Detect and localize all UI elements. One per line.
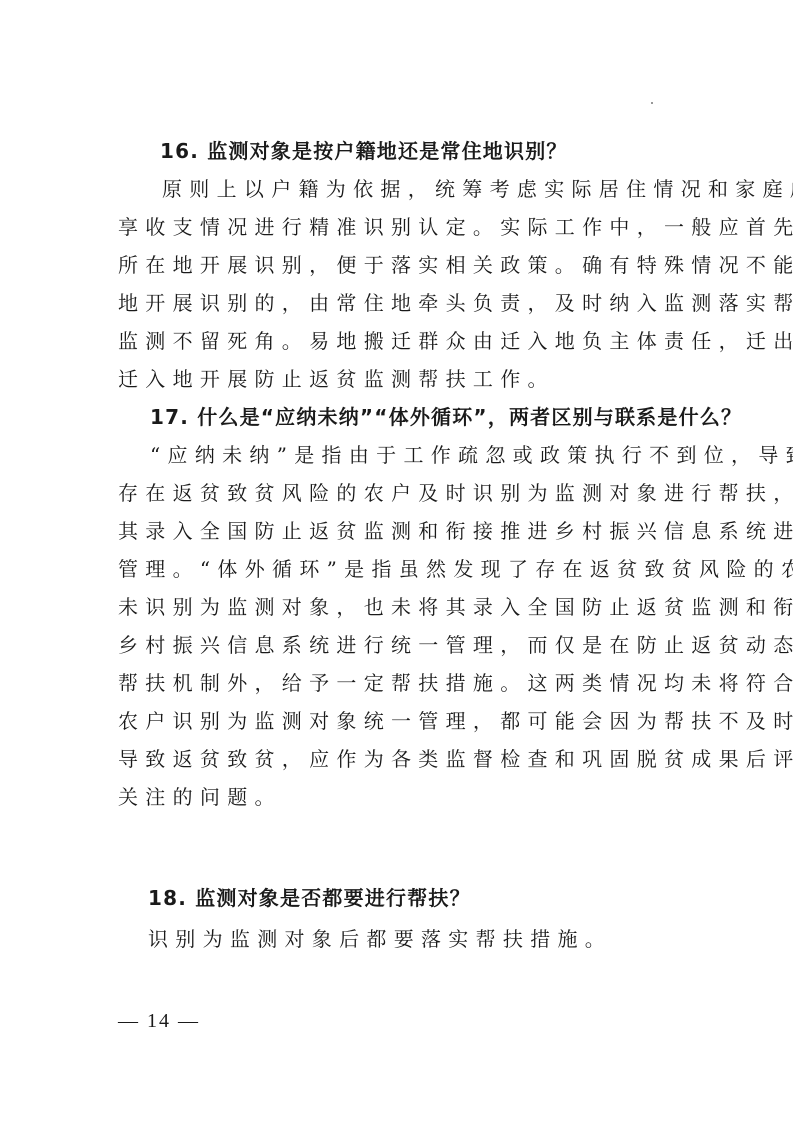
section-17-heading: 17. 什么是“应纳未纳”“体外循环”，两者区别与联系是什么？	[150, 398, 734, 436]
paragraph-line: 迁入地开展防止返贫监测帮扶工作。	[118, 360, 702, 398]
paragraph-line: 未识别为监测对象，也未将其录入全国防止返贫监测和衔接推进	[118, 588, 702, 626]
paragraph-line: 乡村振兴信息系统进行统一管理，而仅是在防止返贫动态监测和	[118, 626, 702, 664]
paragraph-line: 农户识别为监测对象统一管理，都可能会因为帮扶不及时、不到位	[118, 702, 702, 740]
document-page: 16. 监测对象是按户籍地还是常住地识别？ 原则上以户籍为依据，统筹考虑实际居住…	[0, 0, 793, 1122]
paragraph-line: 存在返贫致贫风险的农户及时识别为监测对象进行帮扶，也未将	[118, 474, 702, 512]
section-16-heading: 16. 监测对象是按户籍地还是常住地识别？	[160, 132, 744, 170]
paragraph-line: 导致返贫致贫，应作为各类监督检查和巩固脱贫成果后评估重点	[118, 740, 702, 778]
paragraph-line: 帮扶机制外，给予一定帮扶措施。这两类情况均未将符合条件的	[118, 664, 702, 702]
page-number: — 14 —	[118, 1010, 200, 1033]
paragraph-line: 所在地开展识别，便于落实相关政策。确有特殊情况不能由户籍	[118, 246, 702, 284]
paragraph-line: “应纳未纳”是指由于工作疏忽或政策执行不到位，导致未将	[150, 436, 734, 474]
paragraph-line: 地开展识别的，由常住地牵头负责，及时纳入监测落实帮扶，确保	[118, 284, 702, 322]
paragraph-line: 管理。“体外循环”是指虽然发现了存在返贫致贫风险的农户，但	[118, 550, 702, 588]
paragraph-line: 关注的问题。	[118, 778, 702, 816]
paragraph-line: 享收支情况进行精准识别认定。实际工作中，一般应首先由户籍	[118, 208, 702, 246]
paragraph-line: 监测不留死角。易地搬迁群众由迁入地负主体责任，迁出地配合	[118, 322, 702, 360]
scan-speck	[651, 102, 653, 104]
paragraph-line: 识别为监测对象后都要落实帮扶措施。	[148, 920, 732, 958]
section-18-heading: 18. 监测对象是否都要进行帮扶？	[148, 879, 732, 917]
paragraph-line: 原则上以户籍为依据，统筹考虑实际居住情况和家庭成员共	[162, 170, 746, 208]
paragraph-line: 其录入全国防止返贫监测和衔接推进乡村振兴信息系统进行统一	[118, 512, 702, 550]
